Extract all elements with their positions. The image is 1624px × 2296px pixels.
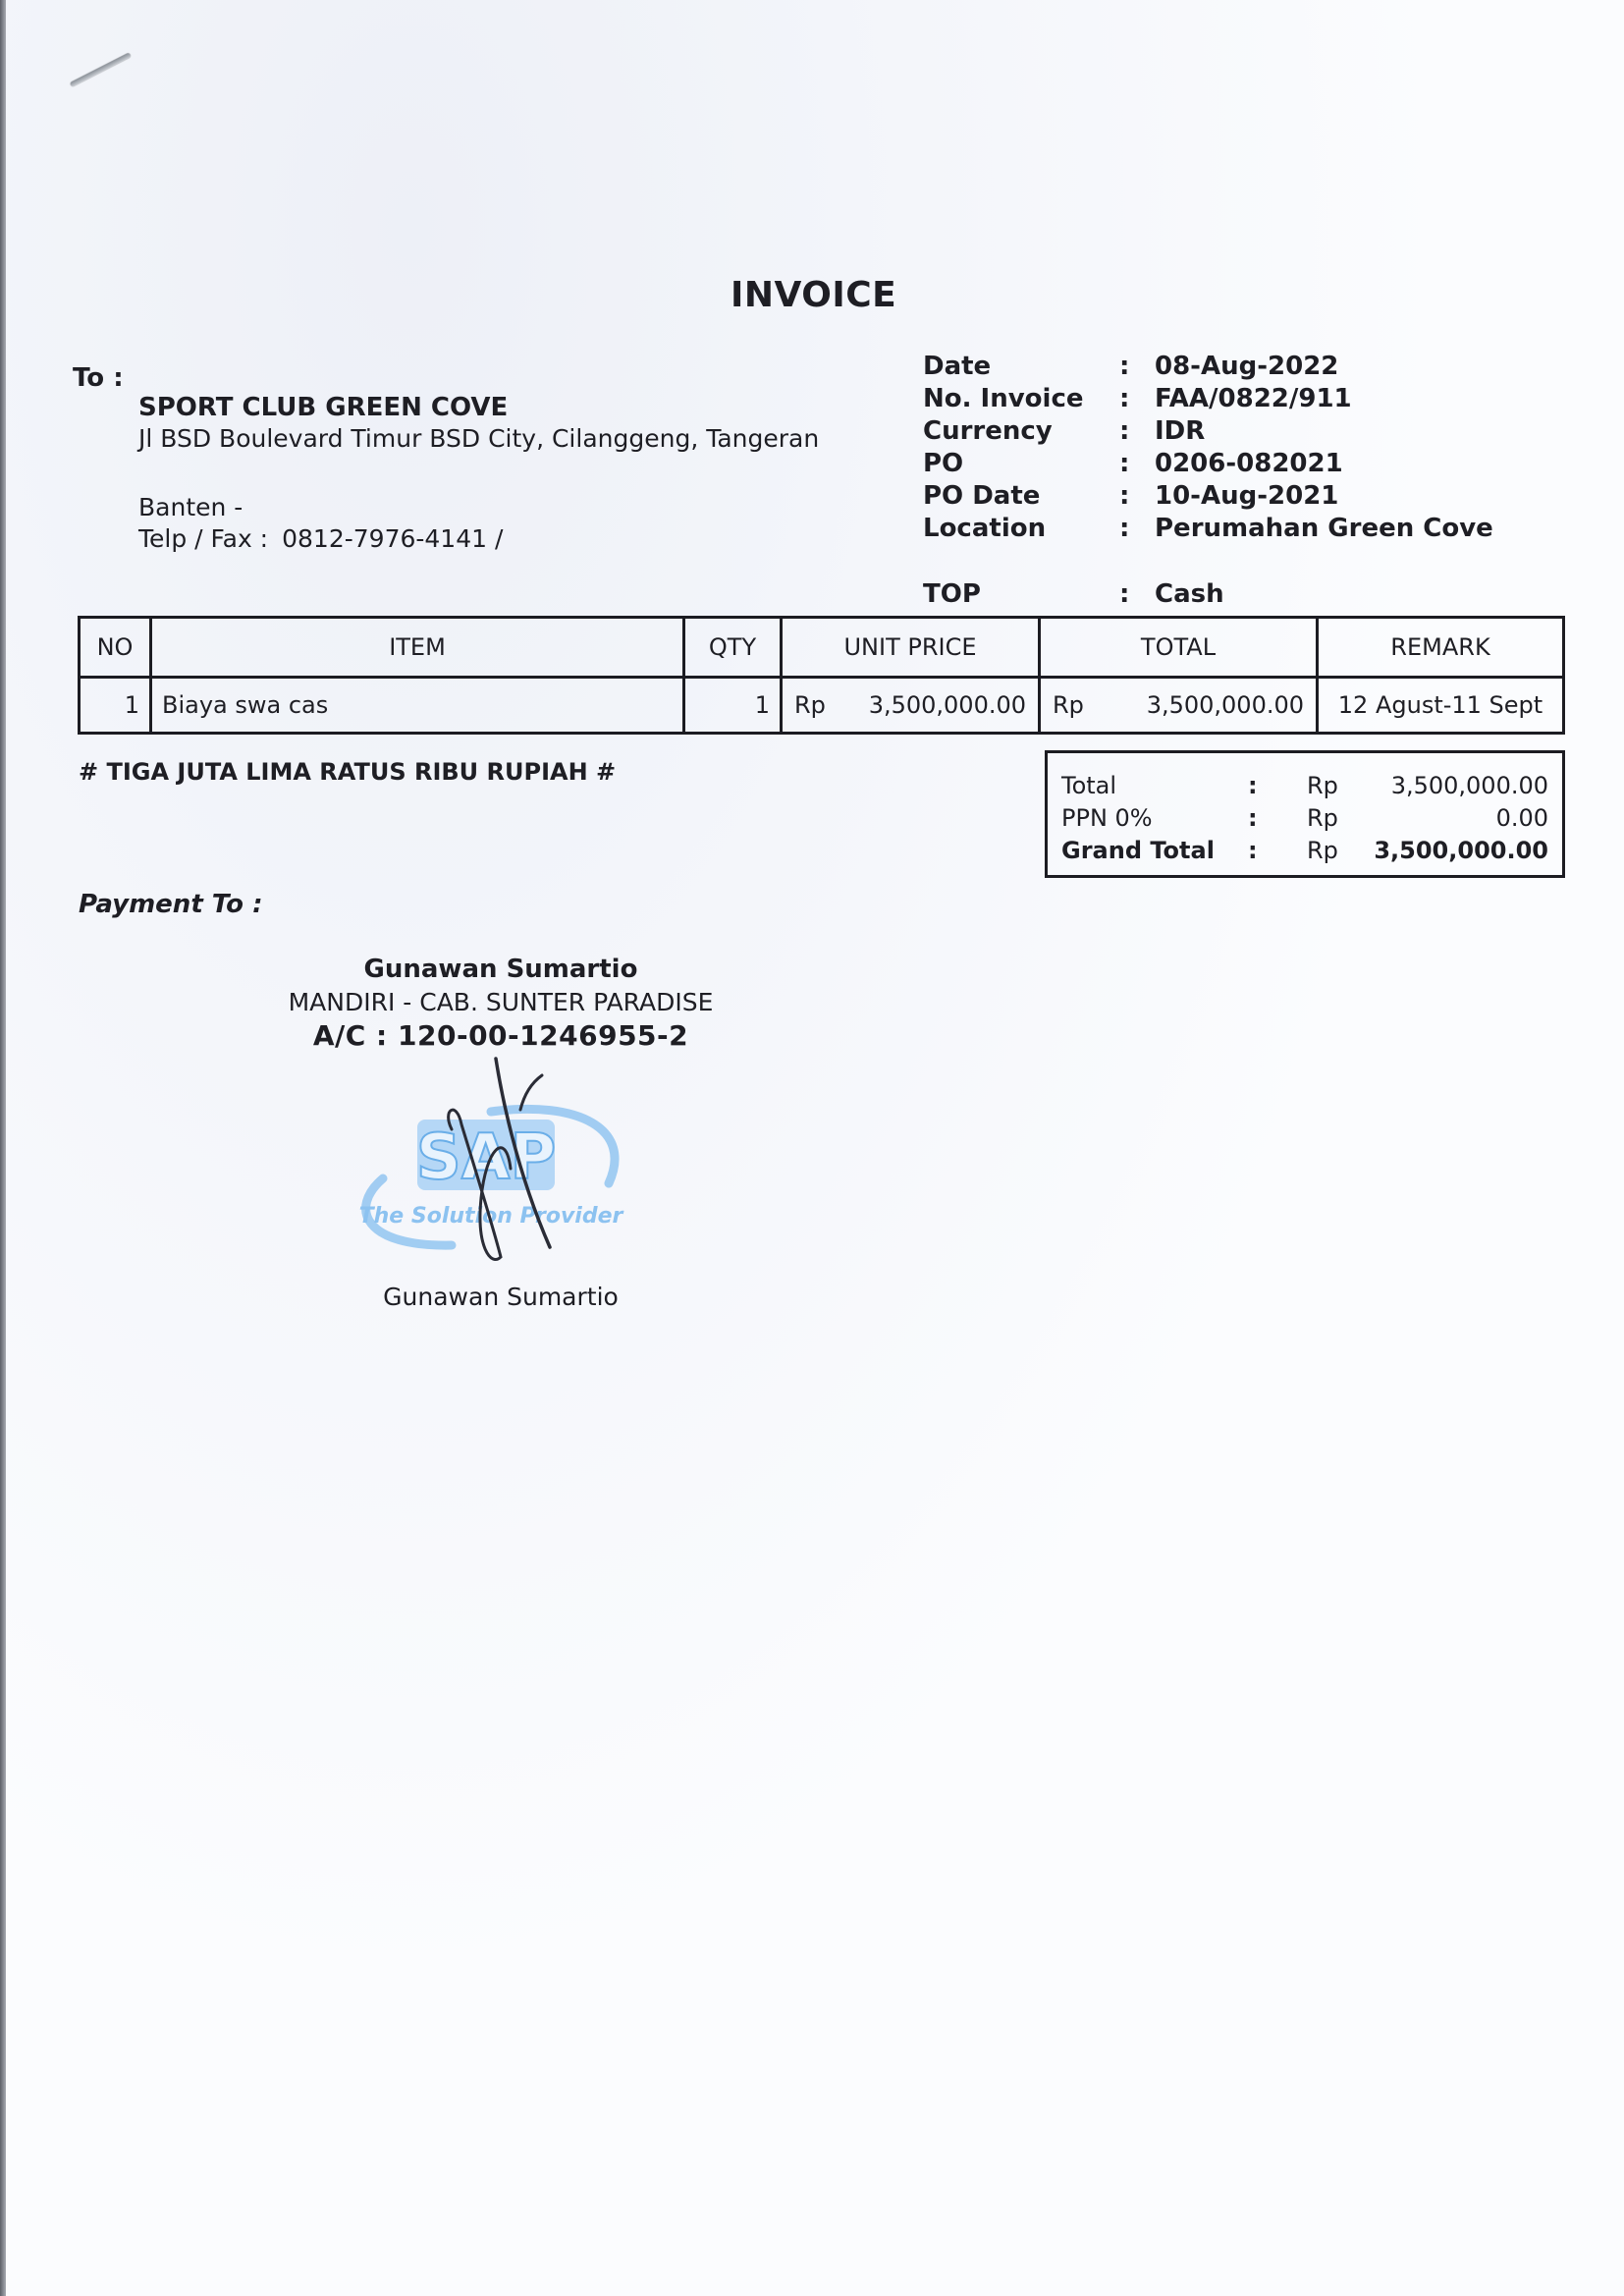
invoice-title: INVOICE [731, 275, 896, 315]
header-total: TOTAL [1040, 618, 1318, 678]
totals-currency: Rp [1307, 804, 1338, 832]
meta-colon: : [1119, 481, 1129, 511]
totals-colon: : [1248, 772, 1258, 799]
totals-value: 3,500,000.00 [1374, 837, 1548, 864]
totals-value: 3,500,000.00 [1391, 772, 1548, 799]
meta-colon: : [1119, 416, 1129, 446]
meta-value: 0206-082021 [1155, 449, 1343, 478]
header-remark: REMARK [1318, 618, 1564, 678]
cell-qty: 1 [684, 678, 782, 734]
header-item: ITEM [151, 618, 684, 678]
payee-bank: MANDIRI - CAB. SUNTER PARADISE [236, 986, 766, 1019]
cell-remark: 12 Agust-11 Sept [1318, 678, 1564, 734]
scan-background-shade [6, 0, 1624, 2296]
header-qty: QTY [684, 618, 782, 678]
payee-name: Gunawan Sumartio [236, 953, 766, 986]
meta-colon: : [1119, 384, 1129, 413]
meta-value: Perumahan Green Cove [1155, 514, 1493, 543]
cell-item: Biaya swa cas [151, 678, 684, 734]
meta-label: PO [923, 449, 963, 478]
cell-unit-price: Rp 3,500,000.00 [782, 678, 1040, 734]
signature-icon [422, 1051, 599, 1277]
cell-total: Rp 3,500,000.00 [1040, 678, 1318, 734]
recipient-name: SPORT CLUB GREEN COVE [138, 393, 508, 422]
header-no: NO [80, 618, 151, 678]
cell-no: 1 [80, 678, 151, 734]
signer-name: Gunawan Sumartio [236, 1283, 766, 1311]
staple-mark [70, 52, 132, 86]
meta-value: 10-Aug-2021 [1155, 481, 1338, 511]
recipient-region: Banten - [138, 493, 243, 521]
meta-colon: : [1119, 579, 1129, 609]
totals-row-ppn: PPN 0% : Rp 0.00 [1061, 804, 1548, 836]
meta-label: Currency [923, 416, 1053, 446]
meta-value: Cash [1155, 579, 1224, 609]
amount-in-words: # TIGA JUTA LIMA RATUS RIBU RUPIAH # [79, 758, 616, 786]
totals-row-grand-total: Grand Total : Rp 3,500,000.00 [1061, 837, 1548, 868]
meta-colon: : [1119, 352, 1129, 381]
payee-account-number: A/C : 120-00-1246955-2 [236, 1019, 766, 1053]
items-table: NO ITEM QTY UNIT PRICE TOTAL REMARK 1 Bi… [78, 616, 1565, 735]
meta-value: IDR [1155, 416, 1205, 446]
totals-label: Grand Total [1061, 837, 1215, 864]
table-row: 1 Biaya swa cas 1 Rp 3,500,000.00 Rp 3,5… [80, 678, 1564, 734]
table-header-row: NO ITEM QTY UNIT PRICE TOTAL REMARK [80, 618, 1564, 678]
payment-to-label: Payment To : [79, 890, 263, 919]
unit-price-currency: Rp [794, 691, 826, 719]
totals-currency: Rp [1307, 837, 1338, 864]
totals-value: 0.00 [1496, 804, 1548, 832]
totals-colon: : [1248, 837, 1258, 864]
payee-block: Gunawan Sumartio MANDIRI - CAB. SUNTER P… [236, 953, 766, 1053]
phone-value: 0812-7976-4141 / [282, 524, 503, 553]
total-currency: Rp [1053, 691, 1084, 719]
meta-label: No. Invoice [923, 384, 1084, 413]
meta-label: Location [923, 514, 1046, 543]
totals-box: Total : Rp 3,500,000.00 PPN 0% : Rp 0.00… [1045, 750, 1565, 878]
totals-currency: Rp [1307, 772, 1338, 799]
meta-value: 08-Aug-2022 [1155, 352, 1338, 381]
totals-row-total: Total : Rp 3,500,000.00 [1061, 772, 1548, 803]
meta-label: Date [923, 352, 991, 381]
unit-price-value: 3,500,000.00 [869, 691, 1026, 719]
recipient-label: To : [73, 363, 124, 393]
recipient-phone: Telp / Fax :0812-7976-4141 / [138, 524, 503, 553]
meta-label: PO Date [923, 481, 1040, 511]
totals-label: PPN 0% [1061, 804, 1153, 832]
meta-colon: : [1119, 449, 1129, 478]
phone-label: Telp / Fax : [138, 524, 268, 553]
recipient-address: Jl BSD Boulevard Timur BSD City, Cilangg… [138, 424, 819, 453]
scan-page-edge [0, 0, 6, 2296]
totals-colon: : [1248, 804, 1258, 832]
header-unit-price: UNIT PRICE [782, 618, 1040, 678]
totals-label: Total [1061, 772, 1116, 799]
meta-colon: : [1119, 514, 1129, 543]
meta-label: TOP [923, 579, 981, 609]
total-value: 3,500,000.00 [1147, 691, 1304, 719]
meta-value: FAA/0822/911 [1155, 384, 1352, 413]
